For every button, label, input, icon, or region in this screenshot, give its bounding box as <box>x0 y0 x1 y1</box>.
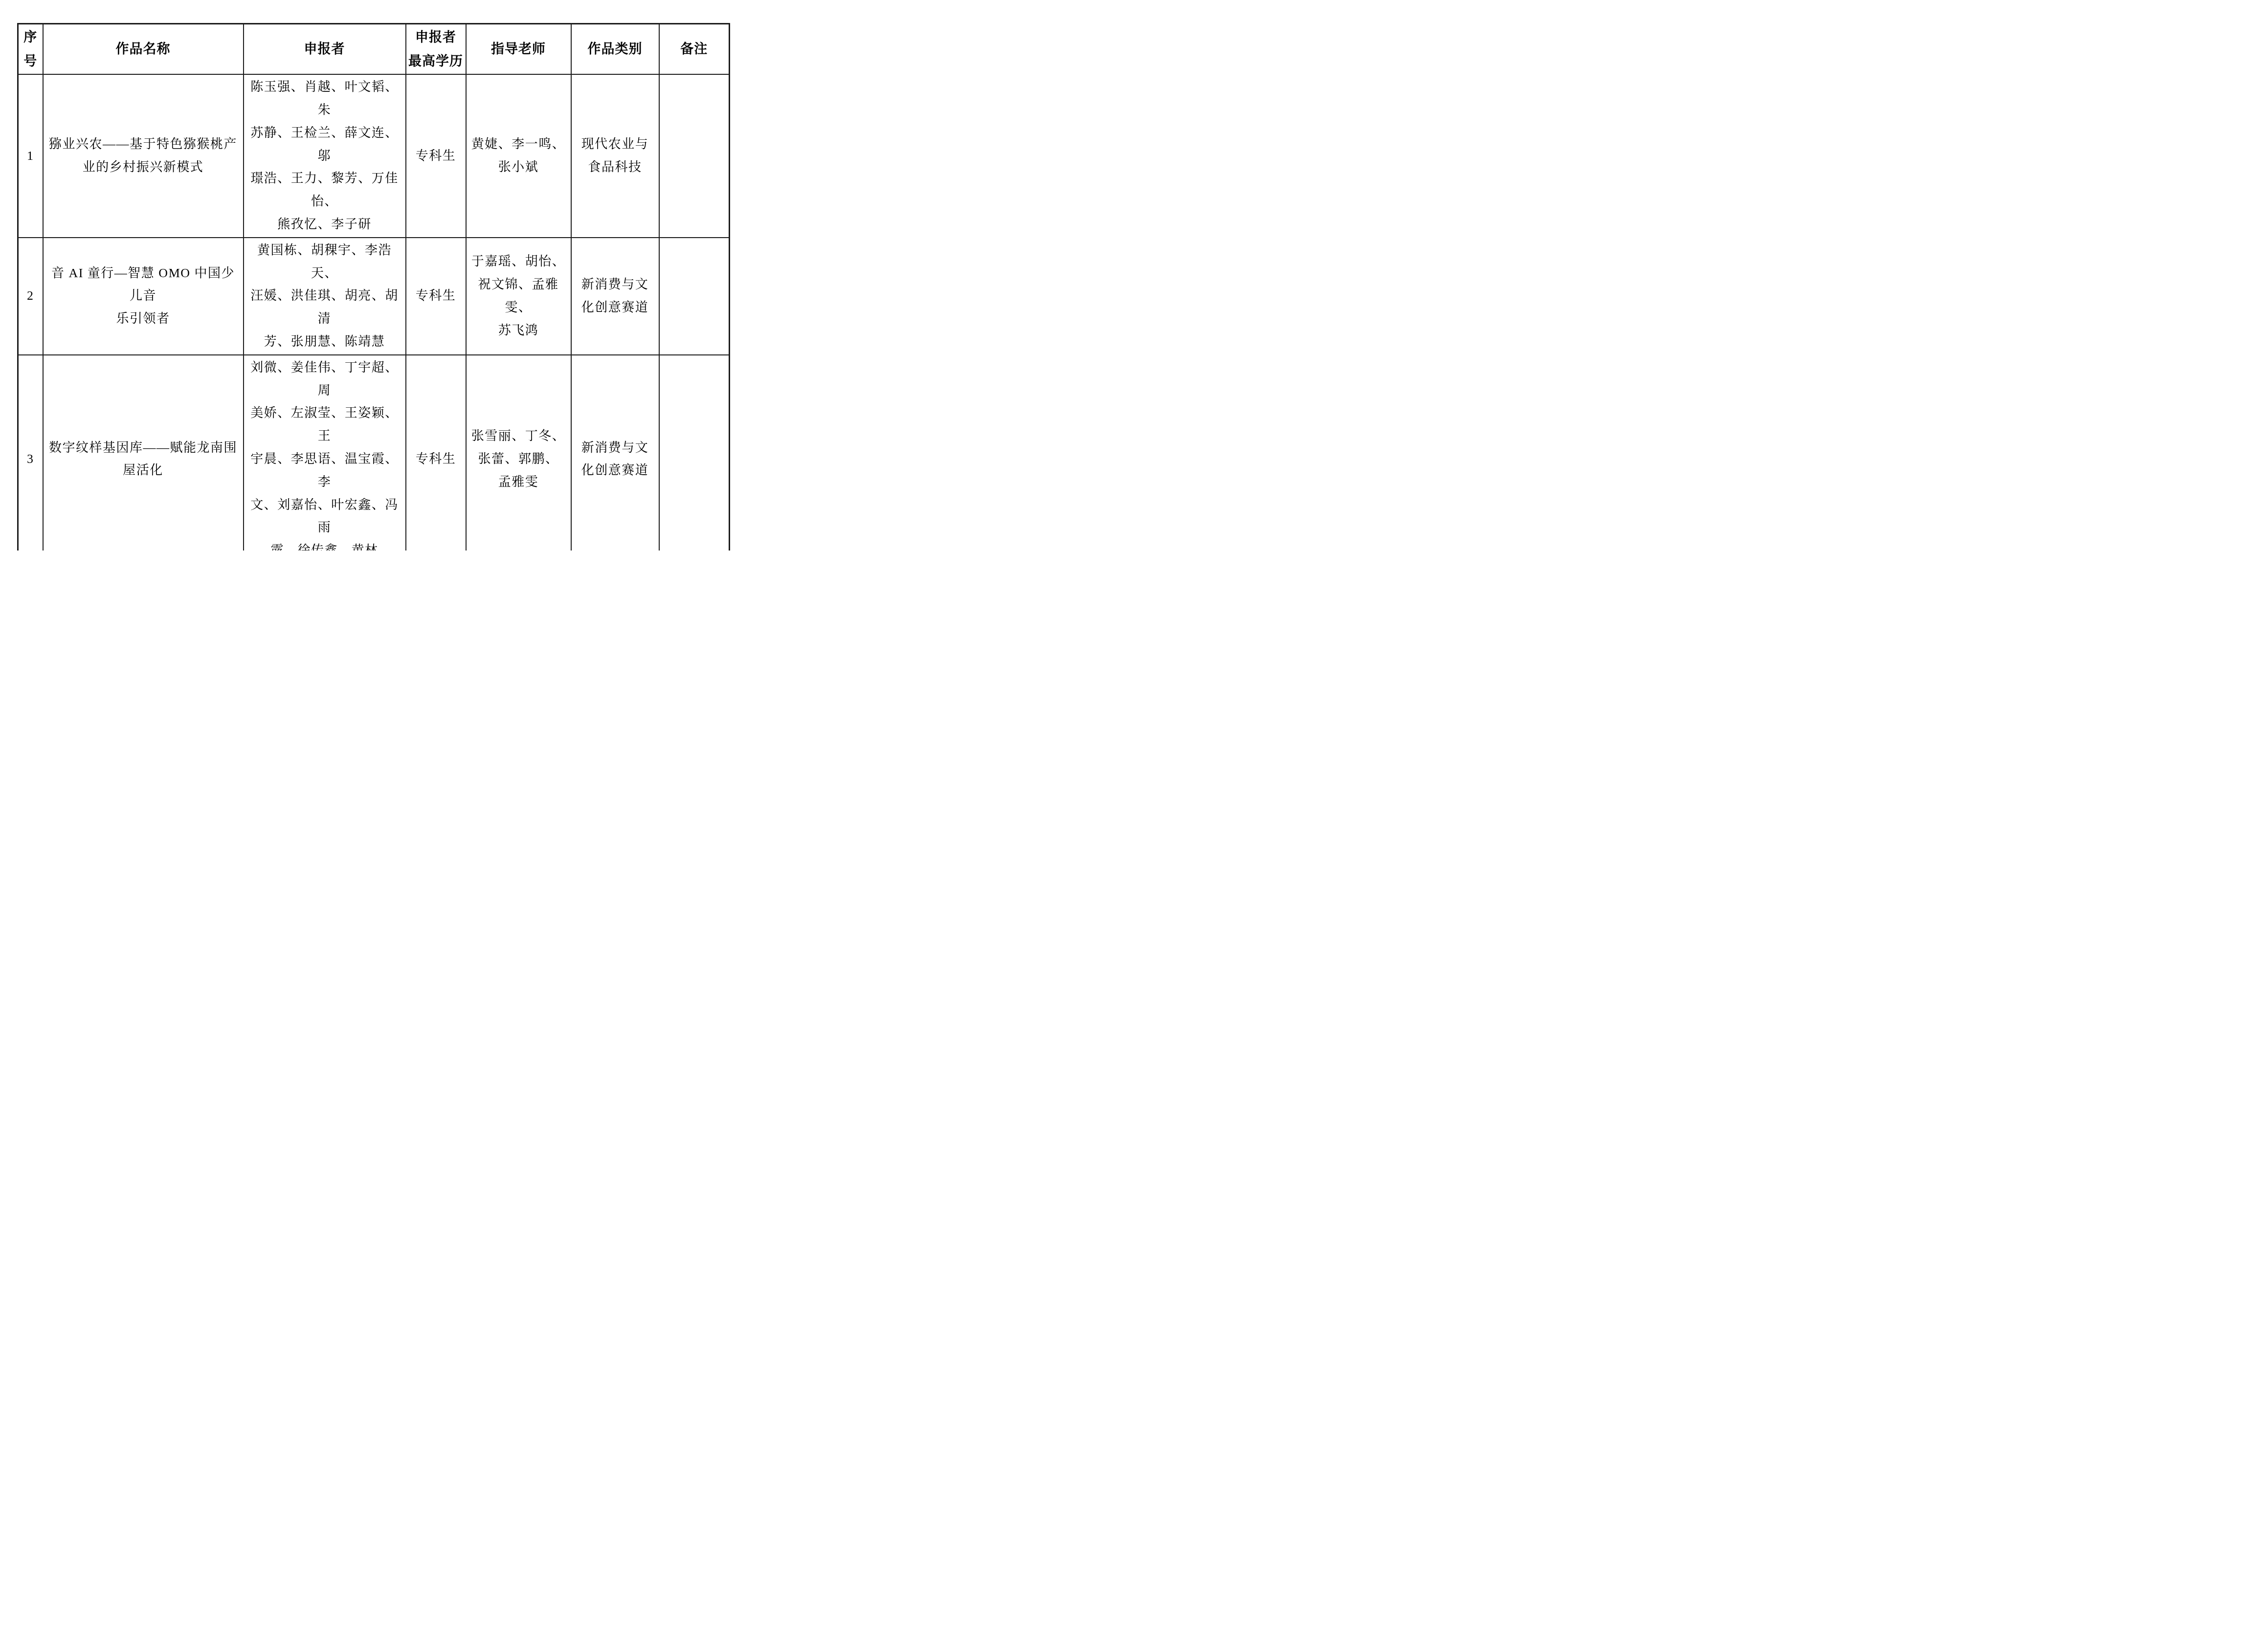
header-category: 作品类别 <box>571 24 659 75</box>
row-work-title: 音 AI 童行—智慧 OMO 中国少儿音 乐引领者 <box>43 238 244 355</box>
document-page: 序 号 作品名称 申报者 申报者 最高学历 指导老师 作品类别 备注 1 猕业兴… <box>0 0 750 551</box>
row-remark <box>659 74 730 238</box>
row-teachers: 于嘉瑶、胡怡、 祝文锦、孟雅雯、 苏飞鸿 <box>466 238 571 355</box>
row-serial-number: 3 <box>18 355 43 551</box>
row-remark <box>659 238 730 355</box>
row-education: 专科生 <box>406 355 466 551</box>
row-category: 新消费与文 化创意赛道 <box>571 238 659 355</box>
header-applicants: 申报者 <box>244 24 406 75</box>
row-applicants: 刘微、姜佳伟、丁宇超、周 美娇、左淑莹、王姿颖、王 宇晨、李思语、温宝霞、李 文… <box>244 355 406 551</box>
header-education: 申报者 最高学历 <box>406 24 466 75</box>
row-teachers: 张雪丽、丁冬、 张蕾、郭鹏、 孟雅雯 <box>466 355 571 551</box>
row-category: 新消费与文 化创意赛道 <box>571 355 659 551</box>
table-row: 1 猕业兴农——基于特色猕猴桃产 业的乡村振兴新模式 陈玉强、肖越、叶文韬、朱 … <box>18 74 730 238</box>
header-serial-number: 序 号 <box>18 24 43 75</box>
row-work-title: 猕业兴农——基于特色猕猴桃产 业的乡村振兴新模式 <box>43 74 244 238</box>
row-serial-number: 1 <box>18 74 43 238</box>
row-education: 专科生 <box>406 238 466 355</box>
header-teachers: 指导老师 <box>466 24 571 75</box>
row-applicants: 黄国栋、胡稞宇、李浩天、 汪媛、洪佳琪、胡亮、胡清 芳、张朋慧、陈靖慧 <box>244 238 406 355</box>
header-work-title: 作品名称 <box>43 24 244 75</box>
row-category: 现代农业与 食品科技 <box>571 74 659 238</box>
header-remark: 备注 <box>659 24 730 75</box>
row-remark <box>659 355 730 551</box>
row-work-title: 数字纹样基因库——赋能龙南围 屋活化 <box>43 355 244 551</box>
table-row: 3 数字纹样基因库——赋能龙南围 屋活化 刘微、姜佳伟、丁宇超、周 美娇、左淑莹… <box>18 355 730 551</box>
row-teachers: 黄婕、李一鸣、 张小斌 <box>466 74 571 238</box>
table-row: 2 音 AI 童行—智慧 OMO 中国少儿音 乐引领者 黄国栋、胡稞宇、李浩天、… <box>18 238 730 355</box>
awards-table: 序 号 作品名称 申报者 申报者 最高学历 指导老师 作品类别 备注 1 猕业兴… <box>17 23 730 551</box>
table-header-row: 序 号 作品名称 申报者 申报者 最高学历 指导老师 作品类别 备注 <box>18 24 730 75</box>
row-applicants: 陈玉强、肖越、叶文韬、朱 苏静、王检兰、薛文连、邬 璟浩、王力、黎芳、万佳怡、 … <box>244 74 406 238</box>
row-education: 专科生 <box>406 74 466 238</box>
row-serial-number: 2 <box>18 238 43 355</box>
